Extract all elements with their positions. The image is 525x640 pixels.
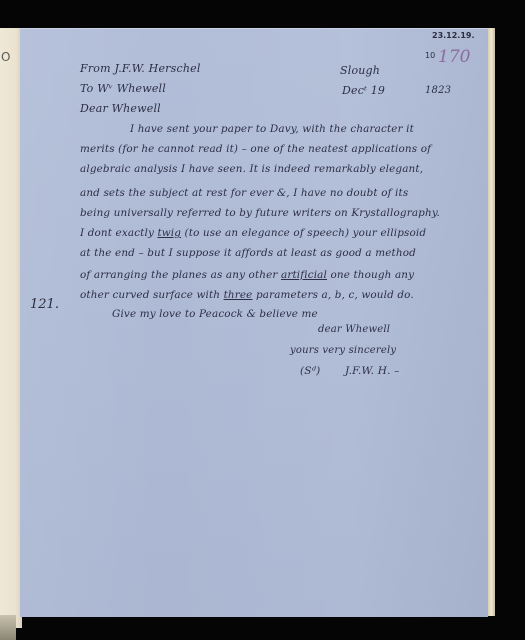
adjacent-page-mark: O (1, 50, 10, 64)
binding-edge (0, 615, 16, 640)
letter-place: Slough (340, 64, 380, 77)
adjacent-page-edge: O (0, 28, 22, 628)
sheet-right-edge (488, 28, 495, 616)
body-line: Give my love to Peacock & believe me (112, 308, 517, 320)
body-text: of arranging the planes as any other (80, 269, 278, 281)
body-text: parameters a, b, c, would do. (256, 289, 414, 301)
body-text: other curved surface with (80, 289, 220, 301)
body-line: other curved surface with three paramete… (80, 289, 485, 301)
body-line: being universally referred to by future … (80, 207, 485, 219)
margin-annotation: 121. (30, 297, 59, 312)
folio-number: 170 (438, 47, 470, 67)
body-line: and sets the subject at rest for ever &,… (80, 187, 485, 199)
folio-prefix: 10 (425, 51, 435, 60)
body-text: one though any (330, 269, 414, 281)
signed-mark: (Sᵈ) (300, 365, 320, 377)
letter-from: From J.F.W. Herschel (80, 62, 201, 75)
underlined-word: artificial (281, 269, 327, 281)
body-line: at the end – but I suppose it affords at… (80, 247, 485, 259)
letter-date-day: Decᵗ 19 (342, 84, 385, 97)
salutation: Dear Whewell (80, 102, 161, 115)
body-line: I dont exactly twig (to use an elegance … (80, 227, 485, 239)
document-scan: O 23.12.19. 10 170 From J.F.W. Herschel … (0, 0, 525, 640)
letter-date-year: 1823 (425, 85, 451, 96)
body-line: of arranging the planes as any other art… (80, 269, 485, 281)
archive-reference: 23.12.19. (432, 31, 475, 40)
body-line: algebraic analysis I have seen. It is in… (80, 163, 485, 175)
body-line: merits (for he cannot read it) – one of … (80, 143, 485, 155)
closing-valediction: yours very sincerely (290, 345, 396, 356)
letter-sheet (20, 28, 488, 617)
letter-to: To Wᵛ Whewell (80, 82, 166, 95)
signature: J.F.W. H. – (345, 365, 400, 377)
underlined-word: twig (157, 227, 181, 239)
closing-address: dear Whewell (318, 324, 390, 335)
body-text: (to use an elegance of speech) your elli… (185, 227, 427, 239)
underlined-word: three (224, 289, 253, 301)
body-text: I dont exactly (80, 227, 154, 239)
body-line: I have sent your paper to Davy, with the… (130, 123, 525, 135)
